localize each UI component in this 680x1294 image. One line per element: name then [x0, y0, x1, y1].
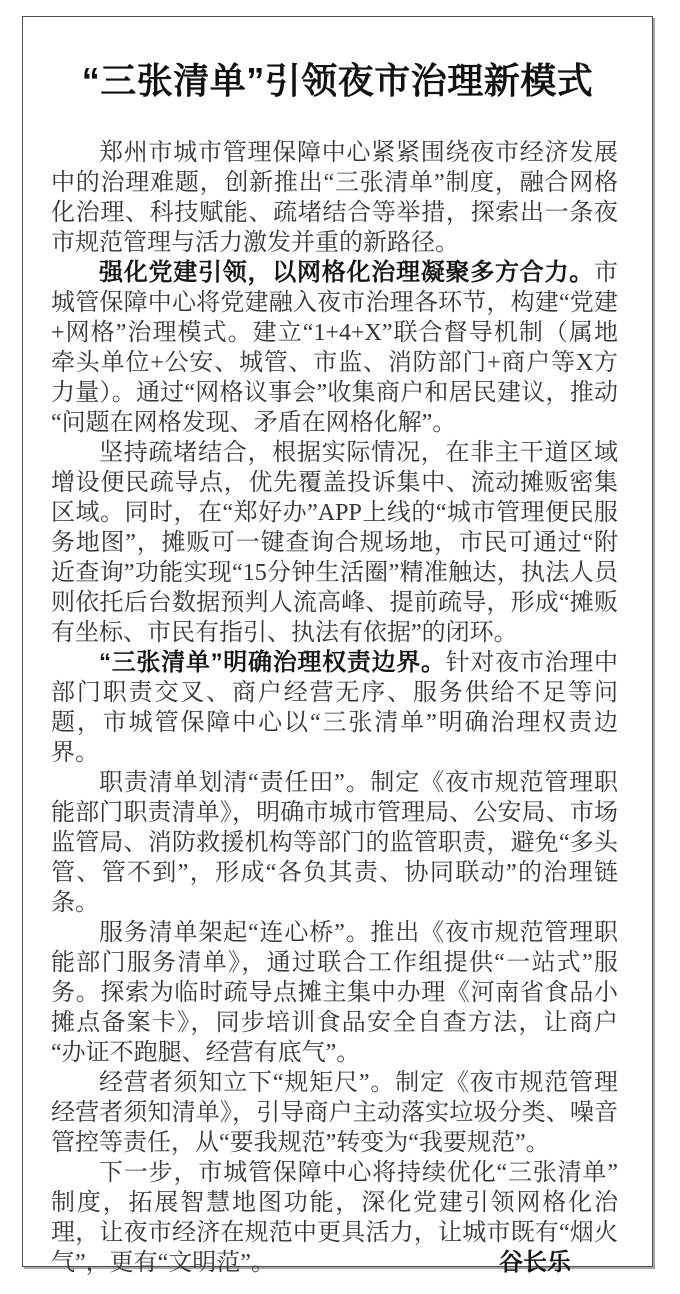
paragraph-text: 经营者须知立下“规矩尺”。制定《夜市规范管理经营者须知清单》，引导商户主动落实垃…	[51, 1070, 618, 1156]
paragraph-lead: “三张清单”明确治理权责边界。	[99, 649, 446, 676]
paragraph-service-list: 服务清单架起“连心桥”。推出《夜市规范管理职能部门服务清单》，通过联合工作组提供…	[51, 918, 618, 1068]
article-body: 郑州市城市管理保障中心紧紧围绕夜市经济发展中的治理难题，创新推出“三张清单”制度…	[51, 138, 618, 1278]
paragraph-text: 坚持疏堵结合，根据实际情况，在非主干道区域增设便民疏导点，优先覆盖投诉集中、流动…	[51, 440, 618, 646]
article-title: “三张清单”引领夜市治理新模式	[53, 59, 622, 103]
author-signature: 谷长乐	[451, 1248, 571, 1278]
paragraph-text: 市城管保障中心将党建融入夜市治理各环节，构建“党建+网格”治理模式。建立“1+4…	[51, 260, 618, 436]
paragraph-intro: 郑州市城市管理保障中心紧紧围绕夜市经济发展中的治理难题，创新推出“三张清单”制度…	[51, 138, 618, 258]
article-frame: “三张清单”引领夜市治理新模式 郑州市城市管理保障中心紧紧围绕夜市经济发展中的治…	[22, 16, 653, 1267]
paragraph-guidance-points: 坚持疏堵结合，根据实际情况，在非主干道区域增设便民疏导点，优先覆盖投诉集中、流动…	[51, 438, 618, 648]
paragraph-party-building: 强化党建引领，以网格化治理凝聚多方合力。市城管保障中心将党建融入夜市治理各环节，…	[51, 258, 618, 438]
paragraph-outlook: 下一步，市城管保障中心将持续优化“三张清单”制度，拓展智慧地图功能，深化党建引领…	[51, 1158, 618, 1278]
paragraph-operator-notice: 经营者须知立下“规矩尺”。制定《夜市规范管理经营者须知清单》，引导商户主动落实垃…	[51, 1068, 618, 1158]
paragraph-three-lists: “三张清单”明确治理权责边界。针对夜市治理中部门职责交叉、商户经营无序、服务供给…	[51, 648, 618, 768]
paragraph-lead: 强化党建引领，以网格化治理凝聚多方合力。	[99, 259, 594, 286]
paragraph-text: 服务清单架起“连心桥”。推出《夜市规范管理职能部门服务清单》，通过联合工作组提供…	[51, 920, 618, 1066]
newspaper-page: “三张清单”引领夜市治理新模式 郑州市城市管理保障中心紧紧围绕夜市经济发展中的治…	[0, 0, 680, 1294]
paragraph-text: 职责清单划清“责任田”。制定《夜市规范管理职能部门职责清单》，明确市城市管理局、…	[51, 770, 618, 916]
paragraph-duty-list: 职责清单划清“责任田”。制定《夜市规范管理职能部门职责清单》，明确市城市管理局、…	[51, 768, 618, 918]
paragraph-text: 郑州市城市管理保障中心紧紧围绕夜市经济发展中的治理难题，创新推出“三张清单”制度…	[51, 140, 618, 256]
